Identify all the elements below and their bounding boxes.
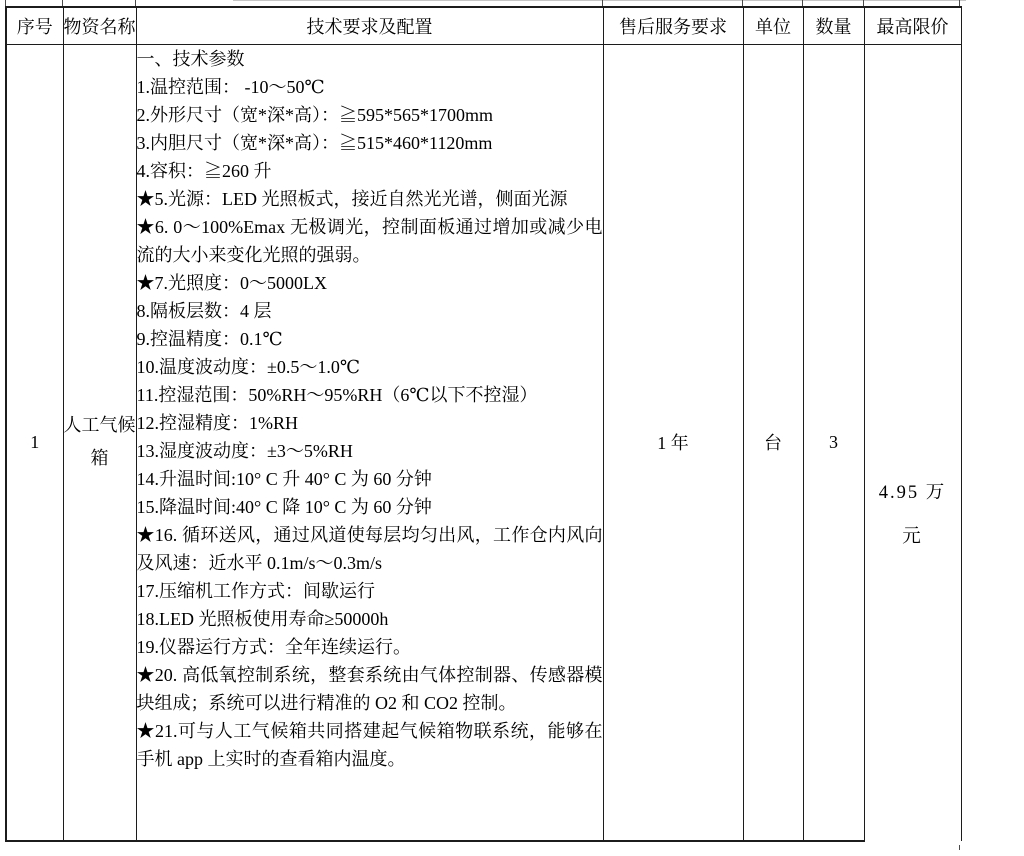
max-price-cell: 4.95 万 元 — [864, 44, 961, 841]
spec-line: 3.内胆尺寸（宽*深*高）：≧515*460*1120mm — [137, 129, 603, 157]
table-header-row: 序号 物资名称 技术要求及配置 售后服务要求 单位 数量 最高限价 — [6, 7, 961, 44]
spec-line: ★5.光源：LED 光照板式，接近自然光光谱，侧面光源 — [137, 185, 603, 213]
column-header-serial: 序号 — [6, 7, 63, 44]
column-header-unit: 单位 — [743, 7, 803, 44]
procurement-table: 序号 物资名称 技术要求及配置 售后服务要求 单位 数量 最高限价 1 人工气候… — [5, 6, 962, 842]
spec-line: 4.容积：≧260 升 — [137, 157, 603, 185]
column-header-material-name: 物资名称 — [63, 7, 136, 44]
spec-line: ★21.可与人工气候箱共同搭建起气候箱物联系统，能够在手机 app 上实时的查看… — [137, 717, 603, 773]
tech-requirements-cell: 一、技术参数1.温控范围： -10～50℃2.外形尺寸（宽*深*高）：≧595*… — [136, 44, 603, 841]
column-header-quantity: 数量 — [803, 7, 864, 44]
spec-line: 11.控湿范围：50%RH～95%RH（6℃以下不控湿） — [137, 381, 603, 409]
spec-line: 13.湿度波动度：±3～5%RH — [137, 437, 603, 465]
spec-line: 1.温控范围： -10～50℃ — [137, 73, 603, 101]
cropped-border-stub — [959, 845, 960, 850]
spec-line: 15.降温时间:40° C 降 10° C 为 60 分钟 — [137, 493, 603, 521]
after-sales-cell: 1 年 — [603, 44, 743, 841]
spec-line: 18.LED 光照板使用寿命≥50000h — [137, 605, 603, 633]
serial-number-cell: 1 — [6, 44, 63, 841]
spec-line: 9.控温精度：0.1℃ — [137, 325, 603, 353]
column-header-max-price: 最高限价 — [864, 7, 961, 44]
spec-line: 19.仪器运行方式：全年连续运行。 — [137, 633, 603, 661]
quantity-cell: 3 — [803, 44, 864, 841]
table-row: 1 人工气候 箱 一、技术参数1.温控范围： -10～50℃2.外形尺寸（宽*深… — [6, 44, 961, 841]
spec-line: 8.隔板层数：4 层 — [137, 297, 603, 325]
spec-line: 一、技术参数 — [137, 45, 603, 73]
column-header-after-sales: 售后服务要求 — [603, 7, 743, 44]
spec-line: 14.升温时间:10° C 升 40° C 为 60 分钟 — [137, 465, 603, 493]
material-name-text: 人工气候 箱 — [64, 409, 136, 475]
spec-line: ★7.光照度：0～5000LX — [137, 269, 603, 297]
column-header-tech-requirements: 技术要求及配置 — [136, 7, 603, 44]
spec-line: ★6. 0～100%Emax 无极调光，控制面板通过增加或减少电流的大小来变化光… — [137, 213, 603, 269]
spec-line: 12.控湿精度：1%RH — [137, 409, 603, 437]
spec-line: ★16. 循环送风，通过风道使每层均匀出风，工作仓内风向及风速：近水平 0.1m… — [137, 521, 603, 577]
cropped-row-divider — [233, 0, 966, 1]
spec-line: 10.温度波动度：±0.5～1.0℃ — [137, 353, 603, 381]
spec-line: 2.外形尺寸（宽*深*高）：≧595*565*1700mm — [137, 101, 603, 129]
material-name-cell: 人工气候 箱 — [63, 44, 136, 841]
spec-line: 17.压缩机工作方式：间歇运行 — [137, 577, 603, 605]
unit-cell: 台 — [743, 44, 803, 841]
spec-line: ★20. 高低氧控制系统，整套系统由气体控制器、传感器模块组成；系统可以进行精准… — [137, 661, 603, 717]
max-price-text: 4.95 万 元 — [865, 471, 961, 559]
document-page: 序号 物资名称 技术要求及配置 售后服务要求 单位 数量 最高限价 1 人工气候… — [0, 0, 1024, 856]
spec-list: 一、技术参数1.温控范围： -10～50℃2.外形尺寸（宽*深*高）：≧595*… — [137, 45, 603, 773]
